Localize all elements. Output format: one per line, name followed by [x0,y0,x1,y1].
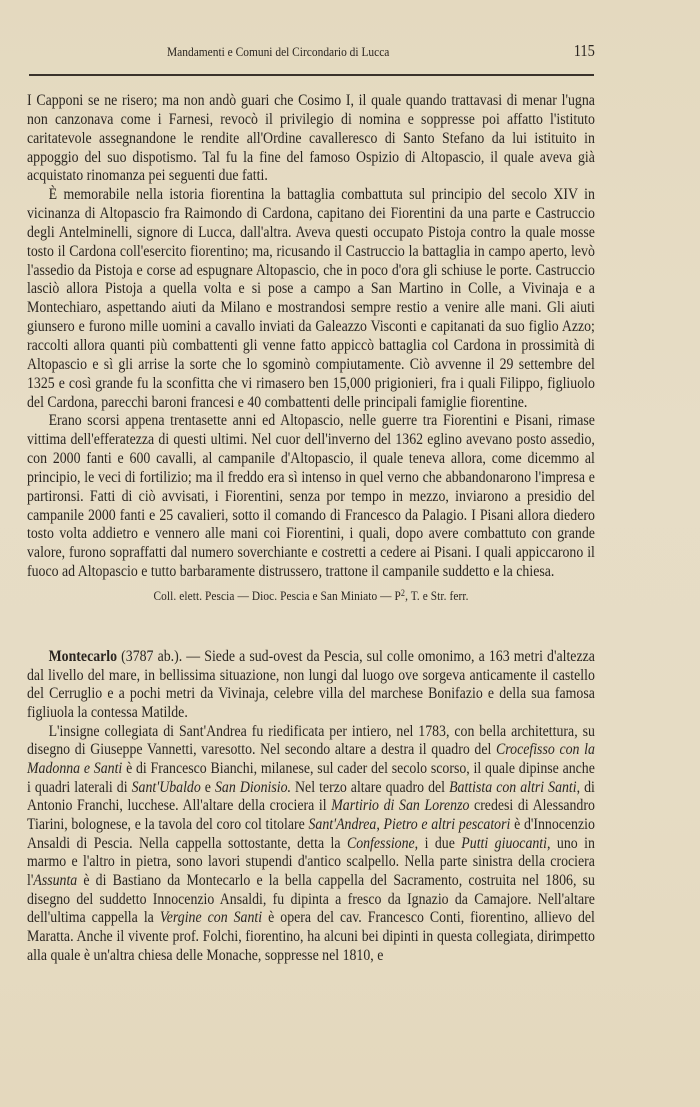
running-head-title: Mandamenti e Comuni del Circondario di L… [167,44,389,60]
paragraph-montecarlo-intro: Montecarlo (3787 ab.). — Siede a sud-ove… [27,648,595,723]
paragraph-capponi: I Capponi se ne risero; ma non andò guar… [27,92,595,186]
note-collegio: Coll. elett. Pescia [153,589,234,603]
paragraph-collegiata: L'insigne collegiata di Sant'Andrea fu r… [27,723,595,966]
administrative-note: Coll. elett. Pescia — Dioc. Pescia e San… [27,587,595,605]
text-run: Nel terzo altare quadro del [291,779,449,796]
text-run: e [201,779,215,796]
paragraph-battle-1325: È memorabile nella istoria fiorentina la… [27,186,595,412]
artwork-title: Assunta [33,872,77,889]
running-head: Mandamenti e Comuni del Circondario di L… [27,44,595,64]
note-separator: — [377,589,394,603]
paragraph-pisani-1362: Erano scorsi appena trentasette anni ed … [27,412,595,582]
entry-name: Montecarlo [49,648,117,665]
note-services: , T. e Str. ferr. [405,589,468,603]
section-montecarlo: Montecarlo (3787 ab.). — Siede a sud-ove… [27,648,595,965]
text-run: i due [418,835,461,852]
header-rule-divider [29,74,594,76]
entry-population: (3787 ab.). — [117,648,204,665]
artwork-title: Sant'Ubaldo [132,779,201,796]
artwork-title: Vergine con Santi [160,909,262,926]
page-number: 115 [574,41,595,61]
section-altopascio: I Capponi se ne risero; ma non andò guar… [27,92,595,605]
artwork-title: Confessione, [347,835,418,852]
artwork-title: Battista con altri Santi [449,779,577,796]
artwork-title: Sant'Andrea, Pietro e altri pesca­tori [308,816,510,833]
note-separator: — [235,589,252,603]
artwork-title: Martirio di San Lorenzo [331,797,469,814]
note-diocese: Dioc. Pescia e San Miniato [252,589,377,603]
artwork-title: Putti giuocanti [461,835,547,852]
artwork-title: San Dionisio. [215,779,291,796]
